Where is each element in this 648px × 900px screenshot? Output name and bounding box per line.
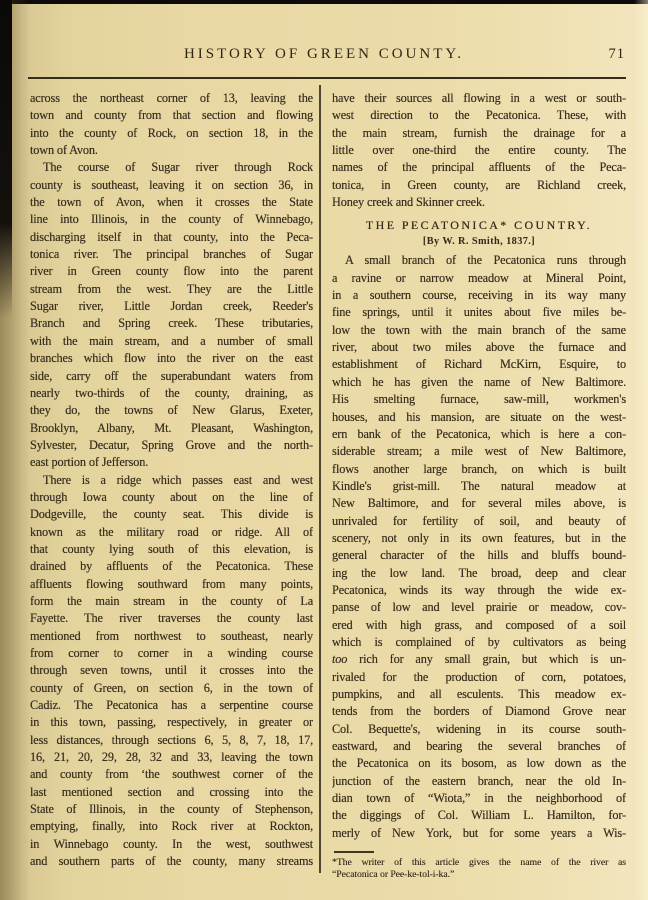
text-line: Honey creek and Skinner creek. — [332, 194, 626, 211]
text-line: mentioned from northwest to southeast, n… — [30, 628, 313, 645]
text-line: county is southeast, leaving it on secti… — [30, 177, 313, 194]
text-line: form the main stream in the county of La — [30, 593, 313, 610]
text-line: in this town, passing, respectively, in … — [30, 714, 313, 731]
text-line: affluents flowing southward from many po… — [30, 576, 313, 593]
text-line: Col. Bequette's, widening in its course … — [332, 721, 626, 738]
text-line: known as the military road or ridge. All… — [30, 524, 313, 541]
text-line: Dodgeville, the county seat. This divide… — [30, 506, 313, 523]
text-line: through Iowa county about on the line of — [30, 489, 313, 506]
text-line: dian town of “Wiota,” in the neighborhoo… — [332, 790, 626, 807]
text-line: into the county of Rock, on section 18, … — [30, 125, 313, 142]
text-line: rivaled for the production of corn, pota… — [332, 669, 626, 686]
page-number: 71 — [609, 46, 626, 63]
book-page: HISTORY OF GREEN COUNTY. 71 across the n… — [0, 0, 648, 900]
text-line: in Winnebago county. In the west, southw… — [30, 836, 313, 853]
text-line: discharging itself in that county, into … — [30, 229, 313, 246]
left-column: across the northeast corner of 13, leavi… — [30, 90, 313, 870]
text-line: and southern parts of the county, many s… — [30, 853, 313, 870]
text-line: establishment of Richard McKirn, Esquire… — [332, 356, 626, 373]
text-line: fine springs, until it unites about five… — [332, 304, 626, 321]
text-line: the diggings of Col. William L. Hamilton… — [332, 807, 626, 824]
footnote: *The writer of this article gives the na… — [332, 857, 626, 881]
text-line: less distances, through sections 6, 5, 8… — [30, 732, 313, 749]
text-line: a ravine or narrow meadow at Mineral Poi… — [332, 270, 626, 287]
text-line: names of the principal affluents of the … — [332, 159, 626, 176]
text-line: from corner to corner in a winding cours… — [30, 645, 313, 662]
text-line: Cadiz. The Pecatonica has a serpentine c… — [30, 697, 313, 714]
footnote-separator-rule — [334, 851, 374, 853]
text-line: eastward, and bearing the several branch… — [332, 738, 626, 755]
section-heading: THE PECATONICA* COUNTRY. — [332, 215, 626, 235]
text-line: junction of the eastern branch, near the… — [332, 773, 626, 790]
text-line: with the main stream, and a number of sm… — [30, 333, 313, 350]
text-line: merly of New York, but for some years a … — [332, 825, 626, 842]
text-line: have their sources all flowing in a west… — [332, 90, 626, 107]
text-line: panse of low and level prairie or meadow… — [332, 599, 626, 616]
text-line: county of Green, on section 6, in the to… — [30, 680, 313, 697]
text-line: side, carry off the superabundant waters… — [30, 368, 313, 385]
right-column: have their sources all flowing in a west… — [332, 90, 626, 881]
text-line: the town of Avon, when it crosses the St… — [30, 194, 313, 211]
text-line: ered with high grass, and composed of a … — [332, 617, 626, 634]
text-line: Branch and Spring creek. These tributari… — [30, 315, 313, 332]
text-line: tonica, in Green county, are Richland cr… — [332, 177, 626, 194]
text-line: siderable stream; a mile west of New Bal… — [332, 443, 626, 460]
text-line: across the northeast corner of 13, leavi… — [30, 90, 313, 107]
text-line: New Baltimore, and for several miles abo… — [332, 495, 626, 512]
footnote-line: *The writer of this article gives the na… — [332, 857, 626, 869]
text-line: east portion of Jefferson. — [30, 454, 313, 471]
text-line: which is complained of by cultivators as… — [332, 634, 626, 651]
text-line: they do, the towns of New Glarus, Exeter… — [30, 402, 313, 419]
text-line: last mentioned section and crossing into… — [30, 784, 313, 801]
text-line: Fayette. The river traverses the county … — [30, 610, 313, 627]
text-line: Sugar river, Little Jordan creek, Reeder… — [30, 298, 313, 315]
text-line: drained by affluents of the Pecatonica. … — [30, 558, 313, 575]
text-line: stream from the west. They are the Littl… — [30, 281, 313, 298]
text-line: His smelting furnace, saw-mill, workmen'… — [332, 391, 626, 408]
text-line: A small branch of the Pecatonica runs th… — [332, 252, 626, 269]
text-line: tends from the borders of Diamond Grove … — [332, 703, 626, 720]
text-line: too rich for any small grain, but which … — [332, 651, 626, 668]
running-head-title: HISTORY OF GREEN COUNTY. — [70, 46, 578, 63]
page-right-edge — [634, 0, 648, 900]
text-line: unrivaled for fertility of soil, and bea… — [332, 513, 626, 530]
footnote-line: “Pecatonica or Pee-ke-tol-i-ka.” — [332, 869, 626, 881]
text-line: in a southern course, receiving in its w… — [332, 287, 626, 304]
text-line: that county lying south of this elevatio… — [30, 541, 313, 558]
text-line: nearly two-thirds of the county, drainin… — [30, 385, 313, 402]
paragraph: have their sources all flowing in a west… — [332, 90, 626, 211]
book-spine-dark-edge — [0, 0, 12, 318]
paragraph: A small branch of the Pecatonica runs th… — [332, 252, 626, 842]
text-line: emptying, finally, into Rock river at Ro… — [30, 818, 313, 835]
text-line: line into Illinois, in the county of Win… — [30, 211, 313, 228]
header-rule — [28, 77, 626, 79]
text-line: low the town with the main branch of the… — [332, 322, 626, 339]
text-line: river, about two miles above the furnace… — [332, 339, 626, 356]
text-line: Brooklyn, Albany, Mt. Pleasant, Washingt… — [30, 420, 313, 437]
text-line: west direction to the Pecatonica. These,… — [332, 107, 626, 124]
right-column-body-paragraphs: A small branch of the Pecatonica runs th… — [332, 252, 626, 842]
right-column-top-paragraphs: have their sources all flowing in a west… — [332, 90, 626, 211]
text-line: There is a ridge which passes east and w… — [30, 472, 313, 489]
paragraph: across the northeast corner of 13, leavi… — [30, 90, 313, 159]
text-line: which he has given the name of New Balti… — [332, 374, 626, 391]
text-line: town of Avon. — [30, 142, 313, 159]
text-line: Pecatonica, winds its way through the wi… — [332, 582, 626, 599]
column-divider-rule — [319, 85, 321, 873]
text-line: scenery, not only in its own features, b… — [332, 530, 626, 547]
text-line: Sylvester, Decatur, Spring Grove and the… — [30, 437, 313, 454]
text-line: the main stream, furnish the drainage fo… — [332, 125, 626, 142]
text-line: ern bank of the Pecatonica, which is her… — [332, 426, 626, 443]
paragraph: There is a ridge which passes east and w… — [30, 472, 313, 871]
text-line: the Pecatonica on its bosom, as low down… — [332, 755, 626, 772]
text-line: through seven towns, until it crosses in… — [30, 662, 313, 679]
text-line: general character of the hills and bluff… — [332, 547, 626, 564]
text-line: pumpkins, and all esculents. This meadow… — [332, 686, 626, 703]
text-line: The course of Sugar river through Rock — [30, 159, 313, 176]
text-line: State of Illinois, in the county of Step… — [30, 801, 313, 818]
text-line: flows another large branch, on which is … — [332, 461, 626, 478]
section-byline: [By W. R. Smith, 1837.] — [332, 235, 626, 249]
text-line: branches which flow into the river on th… — [30, 350, 313, 367]
text-line: 16, 21, 20, 29, 28, 32 and 33, leaving t… — [30, 749, 313, 766]
text-line: town and county from that section and fl… — [30, 107, 313, 124]
paragraph: The course of Sugar river through Rockco… — [30, 159, 313, 471]
text-line: houses, and his mansion, are situate on … — [332, 409, 626, 426]
text-line: tonica river. The principal branches of … — [30, 246, 313, 263]
text-line: Kindle's grist-mill. The natural meadow … — [332, 478, 626, 495]
text-line: river in Green county flow into the pare… — [30, 263, 313, 280]
text-line: and county from ‘the southwest corner of… — [30, 766, 313, 783]
text-line: little over one-third the entire county.… — [332, 142, 626, 159]
text-line: ing the low land. The broad, deep and cl… — [332, 565, 626, 582]
scan-top-edge — [0, 0, 648, 4]
